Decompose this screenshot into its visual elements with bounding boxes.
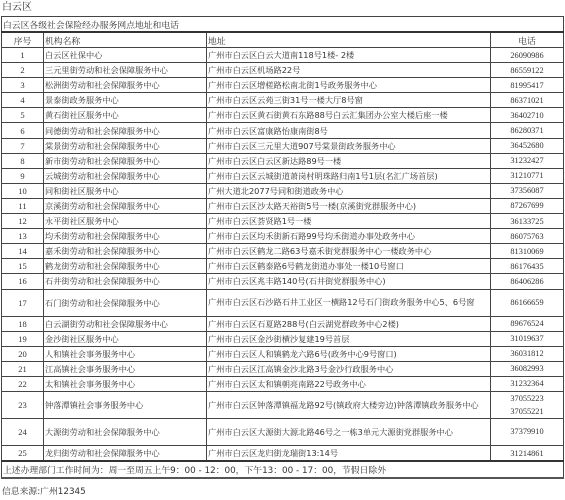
row-number: 1 [2, 48, 44, 63]
phone: 31232364 [491, 376, 564, 391]
phone-number: 86406286 [492, 275, 562, 288]
institution-name: 石门街劳动和社会保障服务中心 [44, 289, 207, 316]
phone-number: 36082993 [492, 362, 562, 375]
service-points-table-container: 白云区各级社会保险经办服务网点地址和电话 序号 机构名称 地址 电话 1白云区社… [1, 16, 563, 479]
row-number: 17 [2, 289, 44, 316]
phone: 87267699 [491, 198, 564, 213]
address: 广州市白云区人和镇鹤龙六路6号(政务中心9号窗口) [207, 346, 491, 361]
institution-name: 鹤龙街劳动和社会保障服务中心 [44, 259, 207, 274]
institution-name: 京溪街劳动和社会保障服务中心 [44, 198, 207, 213]
row-number: 25 [2, 445, 44, 461]
column-header-name: 机构名称 [44, 32, 207, 48]
address: 广州市白云区均禾街新石路99号均禾街道办事处政务中心 [207, 229, 491, 244]
institution-name: 三元里街劳动和社会保障服务中心 [44, 63, 207, 78]
phone-number: 86166659 [492, 296, 562, 309]
row-number: 23 [2, 391, 44, 418]
row-number: 19 [2, 331, 44, 346]
phone: 36402710 [491, 108, 564, 123]
table-row: 4景泰街政务服务中心广州市白云区云苑三街31号一楼大厅8号窗86371021 [2, 93, 564, 108]
phone-number: 37379910 [492, 425, 562, 438]
row-number: 5 [2, 108, 44, 123]
address: 广州市白云区白云大道南118号1楼- 2楼 [207, 48, 491, 63]
phone-number: 86371021 [492, 94, 562, 107]
address: 广州大道北2077号同和街道政务中心 [207, 183, 491, 198]
table-row: 12永平街社区服务中心广州市白云区荟贤路1号一楼36133725 [2, 214, 564, 229]
institution-name: 白云湖街劳动和社会保障服务中心 [44, 316, 207, 331]
row-number: 9 [2, 168, 44, 183]
address: 广州市白云区机场路22号 [207, 63, 491, 78]
table-row: 5黄石街社区服务中心广州市白云区黄石街黄石东路88号白云汇集团办公室大楼后座一楼… [2, 108, 564, 123]
institution-name: 同和街社区服务中心 [44, 183, 207, 198]
row-number: 11 [2, 198, 44, 213]
institution-name: 钟落潭镇社会事务服务中心 [44, 391, 207, 418]
phone-number: 81310069 [492, 245, 562, 258]
row-number: 20 [2, 346, 44, 361]
phone: 86559122 [491, 63, 564, 78]
institution-name: 景泰街政务服务中心 [44, 93, 207, 108]
address: 广州市白云区白云区新达路89号一楼 [207, 153, 491, 168]
address: 广州市白云区鹤龙二路63号嘉禾街党群服务中心一楼政务中心 [207, 244, 491, 259]
phone-number-secondary: 37055221 [492, 405, 562, 418]
phone-number: 31210771 [492, 169, 562, 182]
table-header-row: 序号 机构名称 地址 电话 [2, 32, 564, 48]
institution-name: 江高镇社会事务服务中心 [44, 361, 207, 376]
phone-number: 86559122 [492, 64, 562, 77]
address: 广州市白云区沙太路天裕街5号一楼(京溪街党群服务中心) [207, 198, 491, 213]
address: 广州市白云区石夏路288号(白云湖党群政务中心2楼) [207, 316, 491, 331]
address: 广州市白云区兆丰路140号(石井街党群服务中心) [207, 274, 491, 289]
table-row: 25龙归街劳动和社会保障服务中心广州市白云区龙归街龙瑞街13:14号312148… [2, 445, 564, 461]
row-number: 14 [2, 244, 44, 259]
table-caption: 白云区各级社会保险经办服务网点地址和电话 [2, 17, 564, 33]
address: 广州市白云区江高镇金沙北路3号金沙行政服务中心 [207, 361, 491, 376]
address: 广州市白云区富康路怡康南街8号 [207, 123, 491, 138]
address: 广州市白云区三元里大道907号棠景街政务服务中心 [207, 138, 491, 153]
row-number: 16 [2, 274, 44, 289]
address: 广州市白云区鹤泰路6号鹤龙街道办事处一楼10号窗口 [207, 259, 491, 274]
table-row: 6同德街劳动和社会保障服务中心广州市白云区富康路怡康南街8号86280371 [2, 123, 564, 138]
row-number: 8 [2, 153, 44, 168]
table-row: 22太和镇社会事务服务中心广州市白云区太和镇朝亮南路22号政务中心3123236… [2, 376, 564, 391]
institution-name: 人和镇社会事务服务中心 [44, 346, 207, 361]
row-number: 10 [2, 183, 44, 198]
institution-name: 永平街社区服务中心 [44, 214, 207, 229]
phone: 31210771 [491, 168, 564, 183]
institution-name: 石井街劳动和社会保障服务中心 [44, 274, 207, 289]
phone: 86406286 [491, 274, 564, 289]
phone: 81310069 [491, 244, 564, 259]
phone: 37379910 [491, 418, 564, 445]
table-row: 2三元里街劳动和社会保障服务中心广州市白云区机场路22号86559122 [2, 63, 564, 78]
phone-number: 36031812 [492, 347, 562, 360]
column-header-phone: 电话 [491, 32, 564, 48]
source-note: 信息来源:广州12345 [2, 484, 86, 497]
table-row: 7棠景街劳动和社会保障服务中心广州市白云区三元里大道907号棠景街政务服务中心3… [2, 138, 564, 153]
service-points-table: 白云区各级社会保险经办服务网点地址和电话 序号 机构名称 地址 电话 1白云区社… [1, 16, 564, 479]
table-row: 9云城街劳动和社会保障服务中心广州市白云区云城街道萧岗村明珠路归南1号1层(名汇… [2, 168, 564, 183]
institution-name: 新市街劳动和社会保障服务中心 [44, 153, 207, 168]
table-row: 16石井街劳动和社会保障服务中心广州市白云区兆丰路140号(石井街党群服务中心)… [2, 274, 564, 289]
table-row: 3松洲街劳动和社会保障服务中心广州市白云区增槎路松南北街1号政务服务中心8199… [2, 78, 564, 93]
phone: 81995417 [491, 78, 564, 93]
phone-number: 31232427 [492, 154, 562, 167]
row-number: 24 [2, 418, 44, 445]
institution-name: 大源街劳动和社会保障服务中心 [44, 418, 207, 445]
institution-name: 同德街劳动和社会保障服务中心 [44, 123, 207, 138]
table-row: 14嘉禾街劳动和社会保障服务中心广州市白云区鹤龙二路63号嘉禾街党群服务中心一楼… [2, 244, 564, 259]
phone: 31214861 [491, 445, 564, 461]
phone-number: 31214861 [492, 447, 562, 460]
phone: 3705522337055221 [491, 391, 564, 418]
row-number: 13 [2, 229, 44, 244]
address: 广州市白云区云城街道萧岗村明珠路归南1号1层(名汇广场首层) [207, 168, 491, 183]
phone: 36031812 [491, 346, 564, 361]
address: 广州市白云区云苑三街31号一楼大厅8号窗 [207, 93, 491, 108]
table-row: 13均禾街劳动和社会保障服务中心广州市白云区均禾街新石路99号均禾街道办事处政务… [2, 229, 564, 244]
phone-number: 36452680 [492, 139, 562, 152]
institution-name: 嘉禾街劳动和社会保障服务中心 [44, 244, 207, 259]
district-title: 白云区 [2, 2, 32, 14]
phone-number: 86075763 [492, 230, 562, 243]
table-row: 1白云区社保中心广州市白云区白云大道南118号1楼- 2楼26090986 [2, 48, 564, 63]
phone: 36452680 [491, 138, 564, 153]
institution-name: 黄石街社区服务中心 [44, 108, 207, 123]
address: 广州市白云区龙归街龙瑞街13:14号 [207, 445, 491, 461]
row-number: 4 [2, 93, 44, 108]
address: 广州市白云区钟落潭镇福龙路92号(镇政府大楼旁边)钟落潭镇政务服务中心 [207, 391, 491, 418]
phone-number: 89676524 [492, 317, 562, 330]
phone-number: 31232364 [492, 377, 562, 390]
address: 广州市白云区太和镇朝亮南路22号政务中心 [207, 376, 491, 391]
table-row: 10同和街社区服务中心广州大道北2077号同和街道政务中心37356087 [2, 183, 564, 198]
address: 广州市白云区石沙路石井工业区一横路12号石门街政务服务中心5、6号窗 [207, 289, 491, 316]
phone-number: 87267699 [492, 199, 562, 212]
table-row: 15鹤龙街劳动和社会保障服务中心广州市白云区鹤泰路6号鹤龙街道办事处一楼10号窗… [2, 259, 564, 274]
table-row: 18白云湖街劳动和社会保障服务中心广州市白云区石夏路288号(白云湖党群政务中心… [2, 316, 564, 331]
phone-number: 37055223 [492, 392, 562, 405]
phone: 37356087 [491, 183, 564, 198]
phone: 31232427 [491, 153, 564, 168]
table-row: 24大源街劳动和社会保障服务中心广州市白云区大源街大源北路46号之一栋3单元大源… [2, 418, 564, 445]
phone-number: 36402710 [492, 109, 562, 122]
table-row: 17石门街劳动和社会保障服务中心广州市白云区石沙路石井工业区一横路12号石门街政… [2, 289, 564, 316]
phone: 86176435 [491, 259, 564, 274]
phone: 31019637 [491, 331, 564, 346]
table-row: 21江高镇社会事务服务中心广州市白云区江高镇金沙北路3号金沙行政服务中心3608… [2, 361, 564, 376]
address: 广州市白云区荟贤路1号一楼 [207, 214, 491, 229]
table-row: 8新市街劳动和社会保障服务中心广州市白云区白云区新达路89号一楼31232427 [2, 153, 564, 168]
phone-number: 31019637 [492, 332, 562, 345]
address: 广州市白云区黄石街黄石东路88号白云汇集团办公室大楼后座一楼 [207, 108, 491, 123]
column-header-no: 序号 [2, 32, 44, 48]
phone: 89676524 [491, 316, 564, 331]
phone-number: 36133725 [492, 215, 562, 228]
institution-name: 松洲街劳动和社会保障服务中心 [44, 78, 207, 93]
table-row: 23钟落潭镇社会事务服务中心广州市白云区钟落潭镇福龙路92号(镇政府大楼旁边)钟… [2, 391, 564, 418]
phone: 36082993 [491, 361, 564, 376]
phone: 86280371 [491, 123, 564, 138]
row-number: 6 [2, 123, 44, 138]
address: 广州市白云区金沙街横沙复建19号首层 [207, 331, 491, 346]
table-row: 11京溪街劳动和社会保障服务中心广州市白云区沙太路天裕街5号一楼(京溪街党群服务… [2, 198, 564, 213]
row-number: 3 [2, 78, 44, 93]
phone: 86371021 [491, 93, 564, 108]
phone: 86075763 [491, 229, 564, 244]
phone-number: 81995417 [492, 79, 562, 92]
table-row: 19金沙街社区服务中心广州市白云区金沙街横沙复建19号首层31019637 [2, 331, 564, 346]
phone-number: 86176435 [492, 260, 562, 273]
address: 广州市白云区大源街大源北路46号之一栋3单元大源街党群服务中心 [207, 418, 491, 445]
phone: 36133725 [491, 214, 564, 229]
institution-name: 龙归街劳动和社会保障服务中心 [44, 445, 207, 461]
row-number: 15 [2, 259, 44, 274]
working-hours-note: 上述办理部门工作时间为：周一至周五上午9：00 - 12：00，下午13：00 … [2, 461, 564, 478]
institution-name: 均禾街劳动和社会保障服务中心 [44, 229, 207, 244]
institution-name: 白云区社保中心 [44, 48, 207, 63]
row-number: 21 [2, 361, 44, 376]
column-header-address: 地址 [207, 32, 491, 48]
phone-number: 86280371 [492, 124, 562, 137]
phone: 86166659 [491, 289, 564, 316]
table-body: 1白云区社保中心广州市白云区白云大道南118号1楼- 2楼260909862三元… [2, 48, 564, 462]
table-row: 20人和镇社会事务服务中心广州市白云区人和镇鹤龙六路6号(政务中心9号窗口)36… [2, 346, 564, 361]
row-number: 22 [2, 376, 44, 391]
phone-number: 37356087 [492, 184, 562, 197]
row-number: 7 [2, 138, 44, 153]
row-number: 2 [2, 63, 44, 78]
phone: 26090986 [491, 48, 564, 63]
row-number: 12 [2, 214, 44, 229]
institution-name: 棠景街劳动和社会保障服务中心 [44, 138, 207, 153]
institution-name: 太和镇社会事务服务中心 [44, 376, 207, 391]
phone-number: 26090986 [492, 49, 562, 62]
row-number: 18 [2, 316, 44, 331]
address: 广州市白云区增槎路松南北街1号政务服务中心 [207, 78, 491, 93]
institution-name: 金沙街社区服务中心 [44, 331, 207, 346]
institution-name: 云城街劳动和社会保障服务中心 [44, 168, 207, 183]
